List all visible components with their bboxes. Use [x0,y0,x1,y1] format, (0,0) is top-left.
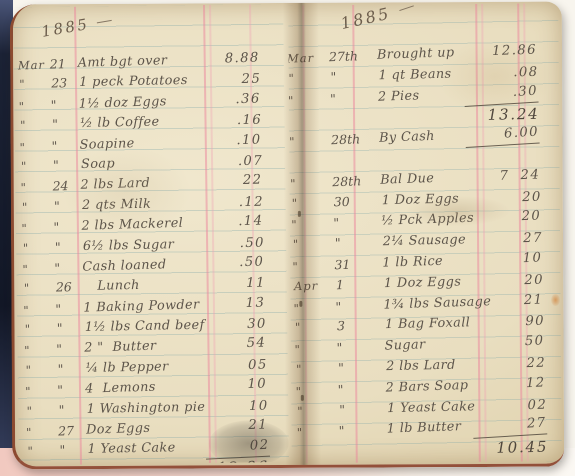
entry-amount: 27 [469,229,543,251]
entry-month: Mar [18,55,49,76]
entry-amount: .10 [197,130,262,152]
entry-day: " [54,196,81,216]
entry-amount: 10 [203,375,268,397]
entry-day: " [53,155,80,175]
year-heading-left: 1885 [40,15,91,41]
entry-amount: 21 [469,290,544,312]
entry-description: 2 lbs Mackerel [81,214,183,237]
entry-day: " [53,217,81,238]
entry-description: 6½ lbs Sugar [83,235,175,257]
entry-month [27,462,57,463]
entry-day: " [56,339,84,360]
entry-amount: .07 [199,152,263,173]
entry-description: By Cash [379,127,435,149]
left-page-rows: Mar21Amt bgt over8.88"231 peck Potatoes2… [13,49,289,466]
entry-month: " [21,155,51,176]
binding-stitch [299,301,302,307]
entry-day: " [335,295,378,316]
entry-amount: 12 [471,373,546,395]
entry-amount: .50 [200,252,265,274]
entry-description: 1 Doz Eggs [384,272,462,294]
right-page-rows: Mar27thBrought up12.86""1 qt Beans.08""2… [288,41,562,464]
entry-month: " [26,422,57,443]
entry-description: 2 lbs Lard [80,174,150,196]
entry-amount: 27 [472,414,547,439]
entry-amount: 10.45 [474,437,548,459]
entry-description: 2 " Butter [84,337,157,359]
entry-day: " [330,66,372,87]
entry-day: " [50,95,78,116]
entry-description: 4 Lemons [85,378,156,400]
entry-amount: 11 [202,274,266,295]
entry-month: " [26,400,56,421]
entry-month: " [18,95,49,116]
entry-description: 2 Bars Soap [385,376,468,399]
entry-day: 27 [58,421,86,442]
year-text: 1885 [339,3,393,32]
entry-day: 3 [337,316,379,337]
entry-description: 1 lb Butter [386,418,461,440]
entry-month: " [22,196,52,217]
entry-day: 24 [52,176,80,197]
entry-day: " [55,236,82,256]
entry-description: Lunch [84,276,140,297]
entry-day: " [52,114,79,134]
entry-month: " [20,177,51,198]
entry-day: 1 [336,274,378,295]
entry-month: " [21,218,52,239]
entry-description: 1 Bag Foxall [385,314,471,336]
entry-amount: 50 [470,332,545,354]
entry-month: " [26,359,56,380]
binding-stitch [301,395,304,401]
entry-month: " [24,340,55,361]
entry-description: 1 Washington pie [86,397,205,419]
entry-amount: 20 [467,207,542,229]
entry-day: " [336,337,379,358]
entry-month: " [24,278,54,299]
entry-description: ½ lb Coffee [80,113,160,134]
ledger-photo: 1885 Mar21Amt bgt over8.88"231 peck Pota… [0,0,575,476]
entry-amount: 22 [472,354,546,376]
entry-day: " [337,379,380,400]
entry-day: " [54,258,82,279]
entry-day: 26 [56,277,83,297]
entry-amount: .50 [201,233,265,254]
entry-day [59,461,86,462]
entry-day: 31 [334,254,377,275]
entry-description: 1 Baking Powder [83,295,200,318]
entry-amount: .16 [198,111,262,132]
entry-description: Cash loaned [82,255,167,277]
entry-description: 2 qts Milk [82,194,152,215]
entry-day [340,440,382,441]
entry-amount: 10 [204,396,268,417]
entry-amount: 10 [468,248,543,270]
entry-amount: 12.86 [205,456,270,465]
entry-amount: .36 [196,89,261,111]
entry-day: " [55,298,83,319]
year-text: 1885 [40,15,91,41]
entry-description: 1½ lbs Cand beef [85,316,205,338]
entry-day: " [59,440,86,460]
entry-amount: 21 [204,415,269,437]
entry-day: 27th [329,46,372,67]
entry-month: " [25,319,55,340]
entry-amount: 90 [471,312,545,334]
entry-day: " [330,88,373,109]
entry-day [331,108,373,109]
entry-description: Amt bgt over [78,51,168,74]
entry-description: 2¼ Sausage [383,231,467,253]
ledger-right-page: 1885 Mar27thBrought up12.86""1 qt Beans.… [288,3,562,463]
entry-day: 23 [51,73,78,93]
entry-amount: 8.88 [195,49,260,71]
entry-description: 1 Doz Eggs [382,189,460,211]
entry-day: " [57,318,84,338]
entry-description: 1 Yeast Cake [387,397,475,419]
entry-amount: 05 [204,355,268,376]
entry-month: " [23,299,54,320]
entry-amount: 6.00 [465,123,540,148]
notebook: 1885 Mar21Amt bgt over8.88"231 peck Pota… [10,2,564,470]
entry-description: ½ Pck Apples [381,209,474,232]
entry-day: 28th [331,129,374,150]
entry-description: 1 lb Rice [382,252,443,274]
entry-description: Soap [81,154,115,175]
entry-day: " [58,359,85,379]
entry-amount: 20 [468,187,542,209]
entry-amount: .12 [200,192,264,213]
entry-amount: 20 [470,270,544,292]
binding-stitch [298,211,301,217]
entry-amount: .30 [463,81,538,106]
entry-amount: .08 [464,63,538,85]
entry-description: 2 Pies [378,86,420,107]
entry-month: " [27,441,57,462]
year-flourish [399,5,414,11]
entry-amount: 25 [197,70,261,91]
entry-day: " [339,399,381,420]
entry-description: Brought up [377,43,455,65]
entry-description: Bal Due [380,169,435,191]
entry-month: " [25,381,56,402]
entry-day: " [338,357,380,378]
entry-month: " [20,115,50,136]
entry-month: " [19,136,50,157]
entry-day: 30 [334,191,376,212]
entry-amount: 7 24 [466,165,541,187]
entry-month: " [19,74,49,95]
ledger-left-page: 1885 Mar21Amt bgt over8.88"231 peck Pota… [13,4,289,465]
entry-amount: 12.86 [463,41,538,63]
entry-description: 1½ doz Eggs [78,92,167,115]
entry-amount: .14 [199,212,264,234]
entry-day: " [338,420,381,441]
entry-day: " [51,135,79,156]
entry-description: Soapine [79,134,135,156]
entry-day: " [333,212,376,233]
entry-day: " [335,233,377,254]
entry-description: 1 qt Beans [378,64,451,86]
entry-day: 21 [50,54,78,75]
entry-description: 1 peck Potatoes [79,71,188,93]
entry-amount: 54 [202,334,267,356]
entry-month: " [23,237,53,258]
entry-day: 28th [332,171,375,192]
entry-description: 2 lbs Lard [386,356,456,378]
entry-description: Doz Eggs [86,419,151,441]
year-flourish [97,20,112,24]
entry-month: " [22,258,53,279]
entry-description: Sugar [384,335,426,356]
year-heading-right: 1885 [339,3,393,32]
entry-day: " [57,380,85,401]
entry-amount: 13 [201,293,266,315]
entry-day: " [58,400,85,420]
entry-description: ¼ lb Pepper [86,357,169,379]
entry-description: 1 Yeast Cake [87,439,175,461]
entry-amount: 22 [198,171,263,193]
